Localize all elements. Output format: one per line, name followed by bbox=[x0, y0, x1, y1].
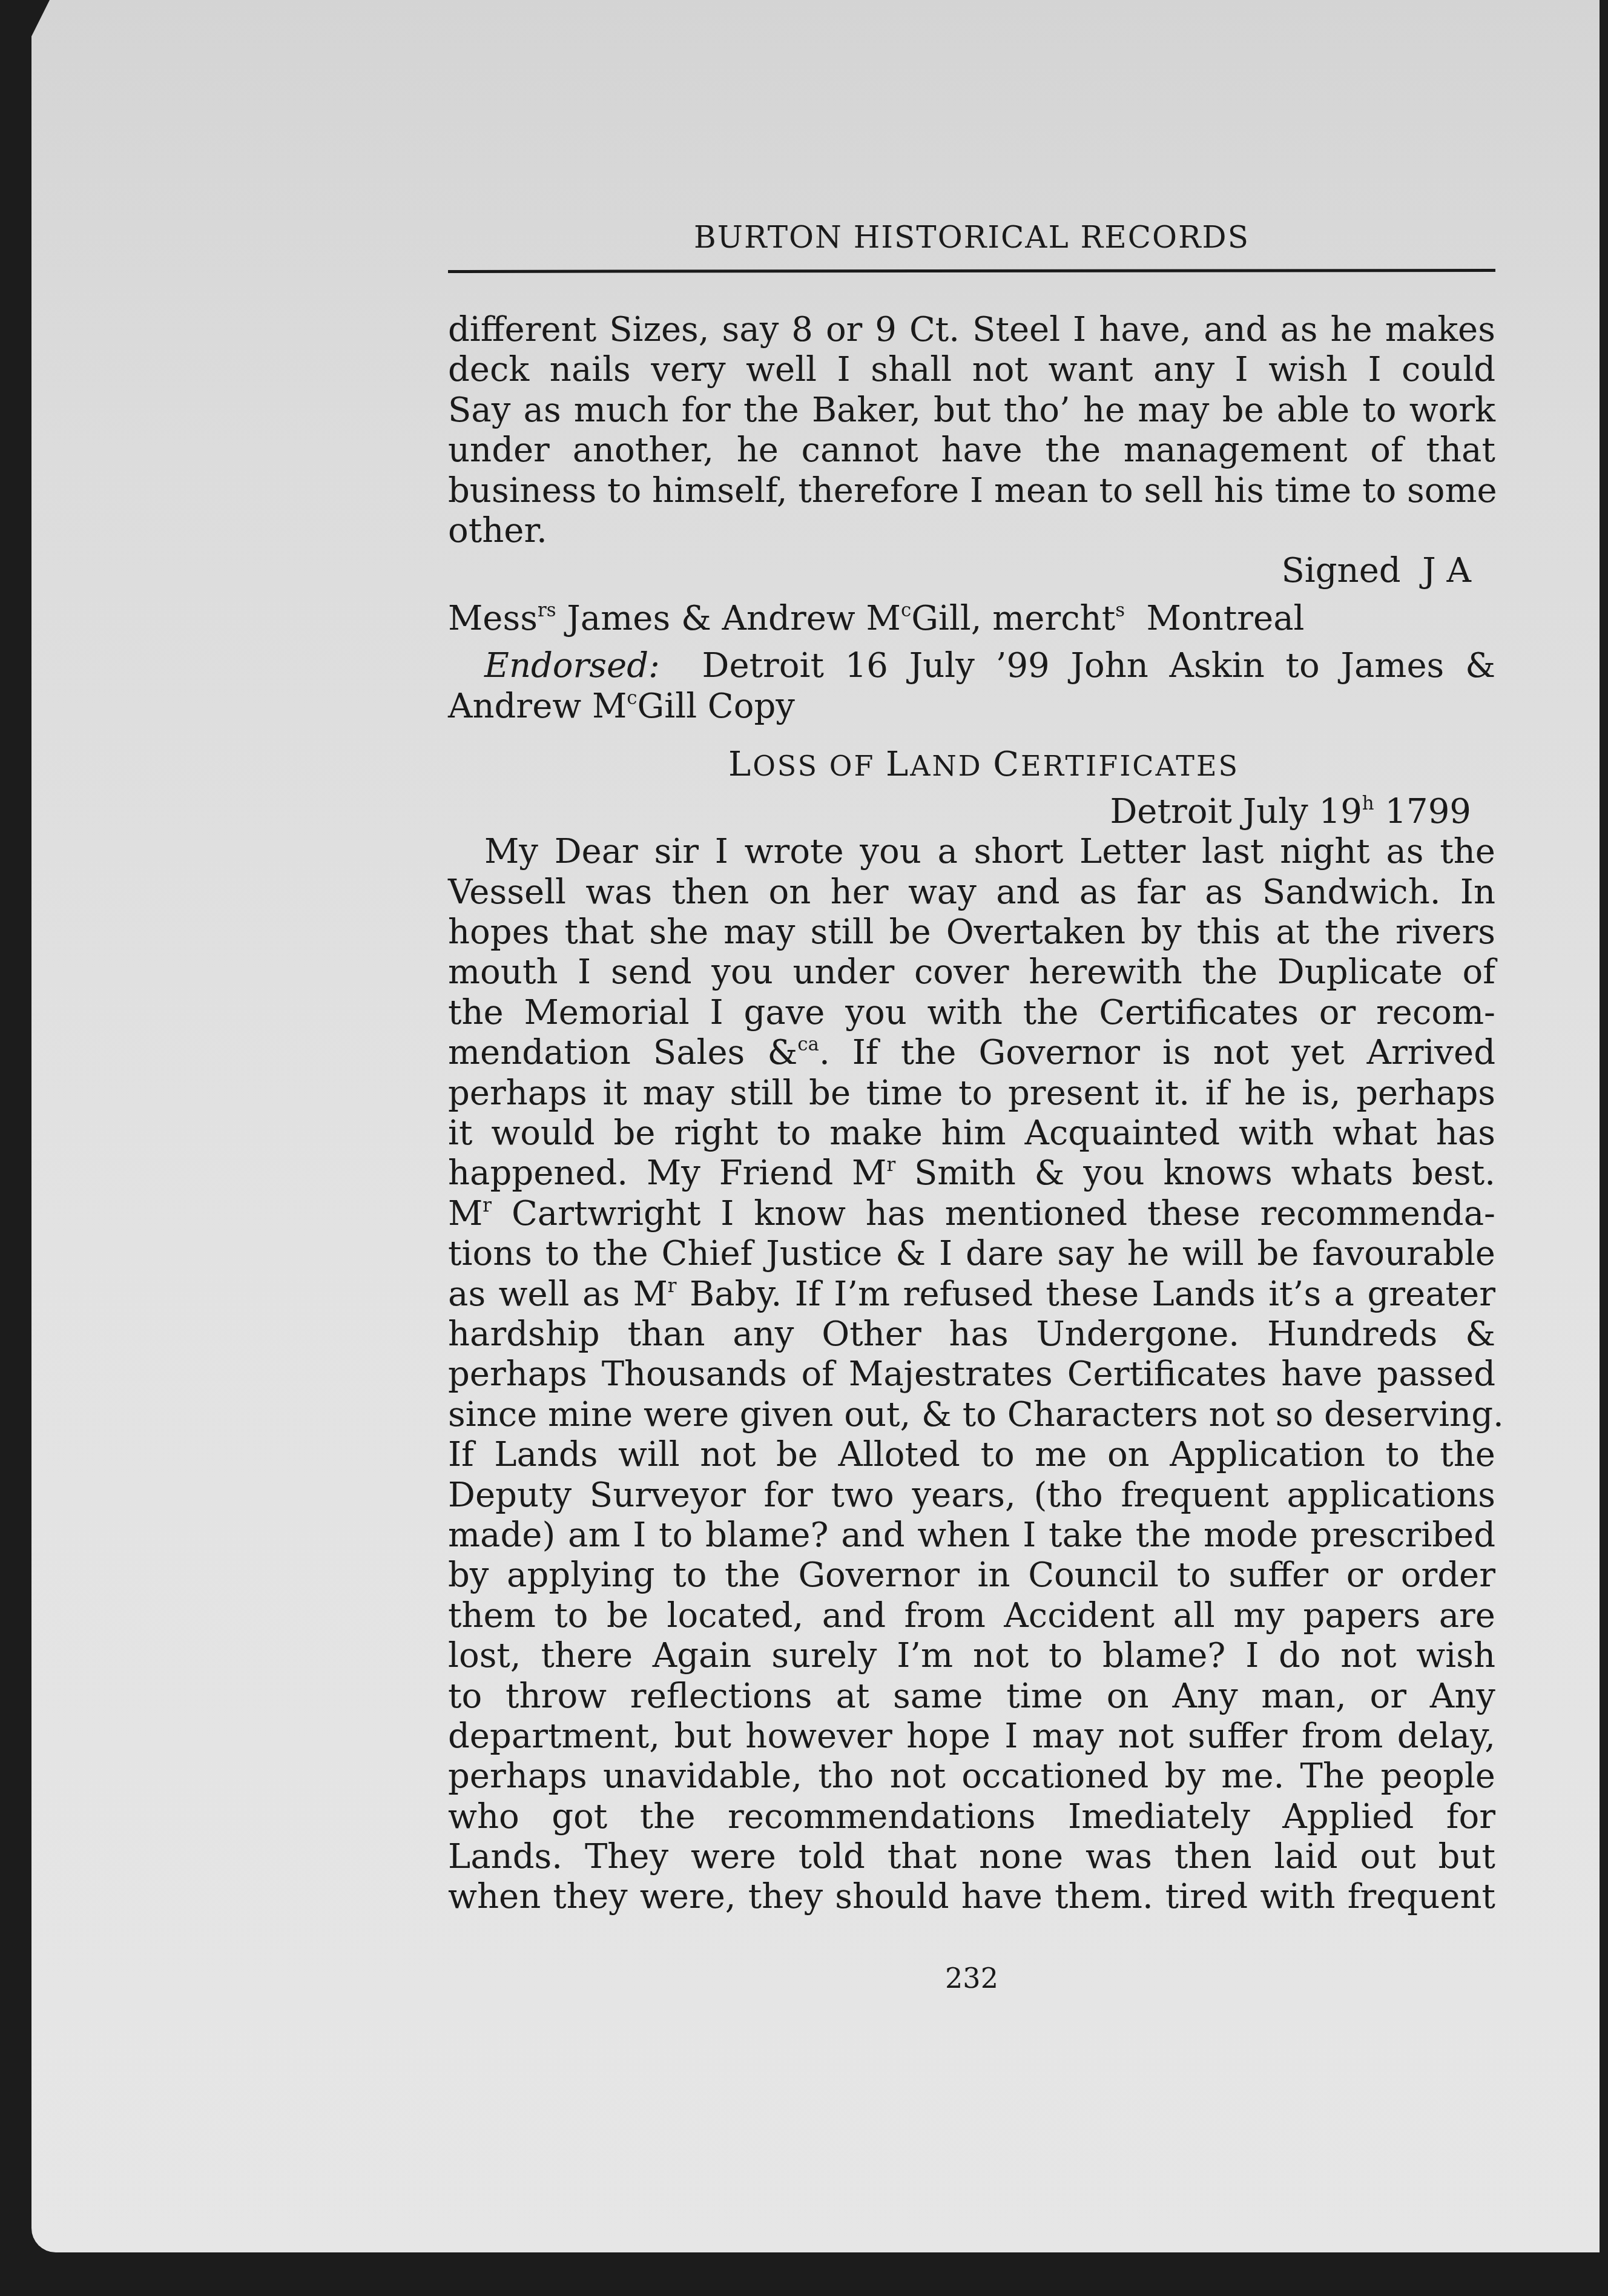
text-line: business to himself, therefore I mean to… bbox=[448, 471, 1495, 511]
text-line: happened. My Friend Mr Smith & you knows… bbox=[448, 1153, 1495, 1193]
text-line: who got the recommendations Imediately A… bbox=[448, 1797, 1495, 1837]
text-line: perhaps Thousands of Majestrates Certifi… bbox=[448, 1354, 1495, 1394]
letter-continuation: different Sizes, say 8 or 9 Ct. Steel I … bbox=[448, 310, 1495, 727]
page-body: different Sizes, say 8 or 9 Ct. Steel I … bbox=[448, 310, 1495, 1918]
text-line: since mine were given out, & to Characte… bbox=[448, 1395, 1495, 1435]
text-line: to throw reflections at same time on Any… bbox=[448, 1677, 1495, 1717]
text-line: other. bbox=[448, 511, 1495, 551]
text-line: Lands. They were told that none was then… bbox=[448, 1837, 1495, 1877]
title-word: CERTIFICATES bbox=[993, 750, 1239, 782]
letter-body: My Dear sir I wrote you a short Letter l… bbox=[448, 832, 1495, 1918]
superscript: ca bbox=[797, 1034, 819, 1056]
text-line: it would be right to make him Acquainted… bbox=[448, 1113, 1495, 1153]
text-line: mendation Sales &ca. If the Governor is … bbox=[448, 1033, 1495, 1073]
text-line: hopes that she may still be Overtaken by… bbox=[448, 912, 1495, 952]
address-line: Messrs James & Andrew McGill, merchts Mo… bbox=[448, 599, 1495, 639]
text-line: mouth I send you under cover herewith th… bbox=[448, 952, 1495, 992]
superscript: r bbox=[483, 1195, 492, 1216]
superscript: r bbox=[886, 1155, 895, 1176]
dateline-text: 1799 bbox=[1374, 792, 1471, 831]
text-line: lost, there Again surely I’m not to blam… bbox=[448, 1636, 1495, 1676]
title-word: LOSS bbox=[728, 750, 819, 782]
text-line: Vessell was then on her way and as far a… bbox=[448, 873, 1495, 912]
text-line: If Lands will not be Alloted to me on Ap… bbox=[448, 1435, 1495, 1475]
signature-initials: J A bbox=[1422, 551, 1471, 590]
text-line: Say as much for the Baker, but tho’ he m… bbox=[448, 391, 1495, 431]
address-names: James & Andrew M bbox=[567, 599, 901, 638]
text-line: perhaps it may still be time to present … bbox=[448, 1074, 1495, 1113]
text-line: them to be located, and from Accident al… bbox=[448, 1596, 1495, 1636]
superscript: r bbox=[668, 1275, 677, 1297]
address-city: Montreal bbox=[1147, 599, 1305, 638]
text-line: as well as Mr Baby. If I’m refused these… bbox=[448, 1275, 1495, 1315]
text-line: Mr Cartwright I know has mentioned these… bbox=[448, 1194, 1495, 1234]
address-names-tail: Gill, mercht bbox=[911, 599, 1115, 638]
address-prefix: Mess bbox=[448, 599, 538, 638]
text-line: under another, he cannot have the manage… bbox=[448, 431, 1495, 470]
title-word: LAND bbox=[886, 750, 983, 782]
superscript: c bbox=[627, 687, 637, 709]
text-line: My Dear sir I wrote you a short Letter l… bbox=[448, 832, 1495, 872]
endorsement-line: Andrew McGill Copy bbox=[448, 687, 1495, 727]
superscript: s bbox=[1115, 599, 1125, 621]
text-line: department, but however hope I may not s… bbox=[448, 1717, 1495, 1757]
text-line: Deputy Surveyor for two years, (tho freq… bbox=[448, 1476, 1495, 1516]
dateline-text: Detroit July 19 bbox=[1110, 792, 1362, 831]
superscript: h bbox=[1362, 793, 1374, 814]
running-head: BURTON HISTORICAL RECORDS bbox=[448, 219, 1495, 256]
endorsement-text: Detroit 16 July ’99 John Askin to James … bbox=[702, 646, 1495, 685]
signature-line: Signed J A bbox=[448, 551, 1495, 591]
dateline: Detroit July 19h 1799 bbox=[448, 792, 1495, 832]
superscript: rs bbox=[538, 599, 556, 621]
text-line: perhaps unavidable, tho not occationed b… bbox=[448, 1757, 1495, 1796]
text-line: tions to the Chief Justice & I dare say … bbox=[448, 1234, 1495, 1274]
endorsement-text: Andrew M bbox=[448, 687, 627, 726]
folded-corner bbox=[31, 0, 50, 36]
section-title: LOSS OF LAND CERTIFICATES bbox=[448, 745, 1495, 785]
text-line: when they were, they should have them. t… bbox=[448, 1877, 1495, 1917]
text-line: deck nails very well I shall not want an… bbox=[448, 350, 1495, 390]
text-line: different Sizes, say 8 or 9 Ct. Steel I … bbox=[448, 310, 1495, 350]
superscript: c bbox=[901, 599, 911, 621]
signature-label: Signed bbox=[1282, 551, 1401, 590]
endorsement-line: Endorsed: Detroit 16 July ’99 John Askin… bbox=[448, 646, 1495, 686]
text-line: the Memorial I gave you with the Certifi… bbox=[448, 993, 1495, 1033]
text-line: by applying to the Governor in Council t… bbox=[448, 1555, 1495, 1595]
page-number: 232 bbox=[448, 1962, 1495, 1994]
title-word: OF bbox=[829, 750, 875, 782]
endorsement-label: Endorsed: bbox=[484, 646, 660, 685]
text-line: hardship than any Other has Undergone. H… bbox=[448, 1315, 1495, 1354]
text-line: made) am I to blame? and when I take the… bbox=[448, 1516, 1495, 1555]
endorsement-text: Gill Copy bbox=[638, 687, 795, 726]
